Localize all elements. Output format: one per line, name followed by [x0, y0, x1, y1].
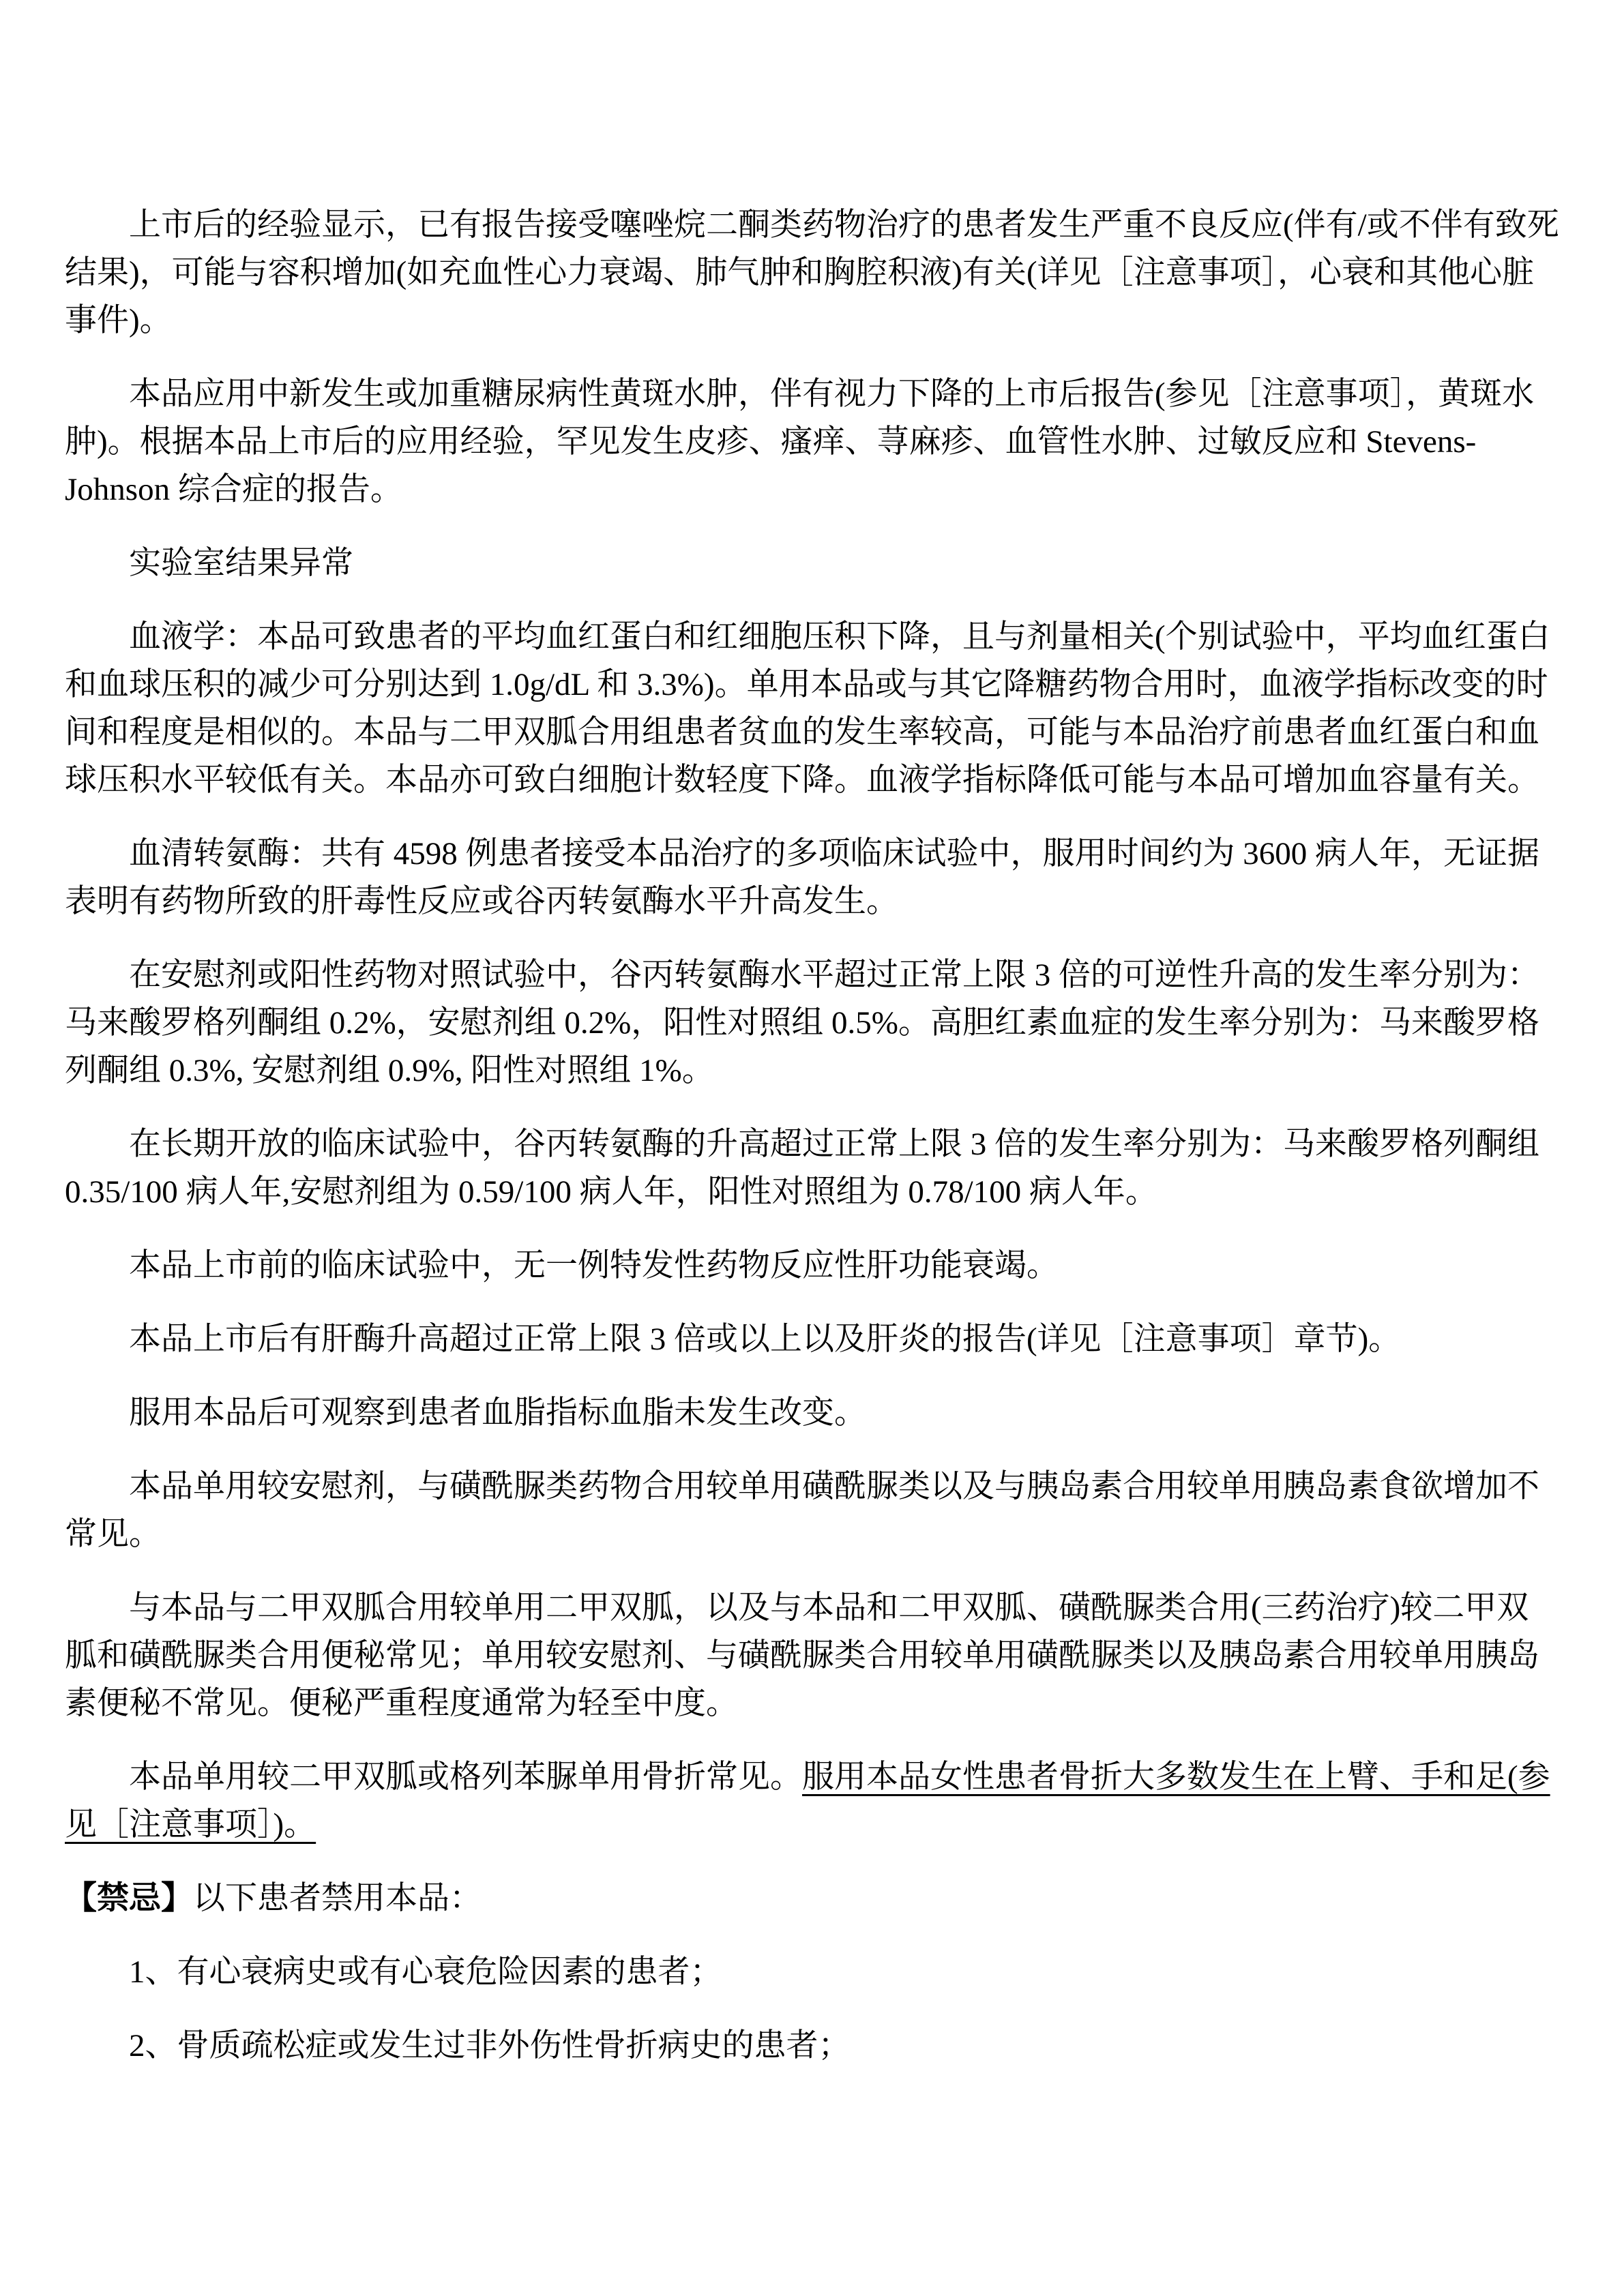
contraindications-label: 【禁忌】 [65, 1881, 193, 1916]
para-fracture: 本品单用较二甲双胍或格列苯脲单用骨折常见。服用本品女性患者骨折大多数发生在上臂、… [65, 1753, 1559, 1849]
para-lipid-indicators: 服用本品后可观察到患者血脂指标血脂未发生改变。 [65, 1389, 1559, 1437]
text-run: 在长期开放的临床试验中，谷丙转氨酶的升高超过正常上限 3 倍的发生率分别为：马来… [65, 1127, 1539, 1210]
text-run: 本品上市后有肝酶升高超过正常上限 3 倍或以上以及肝炎的报告(详见［注意事项］章… [129, 1322, 1400, 1357]
text-run: 本品单用较二甲双胍或格列苯脲单用骨折常见。 [129, 1759, 802, 1795]
para-contraindication-item-1: 1、有心衰病史或有心衰危险因素的患者； [65, 1948, 1559, 1996]
text-run: 血液学：本品可致患者的平均血红蛋白和红细胞压积下降，且与剂量相关(个别试验中，平… [65, 619, 1550, 798]
text-run: 2、骨质疏松症或发生过非外伤性骨折病史的患者； [129, 2028, 851, 2063]
para-macular-edema-reports: 本品应用中新发生或加重糖尿病性黄斑水肿，伴有视力下降的上市后报告(参见［注意事项… [65, 370, 1559, 513]
text-run: 血清转氨酶：共有 4598 例患者接受本品治疗的多项临床试验中，服用时间约为 3… [65, 836, 1539, 919]
text-run: 在安慰剂或阳性药物对照试验中，谷丙转氨酶水平超过正常上限 3 倍的可逆性升高的发… [65, 957, 1539, 1088]
para-open-label-trials-alt: 在长期开放的临床试验中，谷丙转氨酶的升高超过正常上限 3 倍的发生率分别为：马来… [65, 1120, 1559, 1216]
text-run: 以下患者禁用本品： [193, 1881, 482, 1916]
para-postmarket-liver-enzyme: 本品上市后有肝酶升高超过正常上限 3 倍或以上以及肝炎的报告(详见［注意事项］章… [65, 1315, 1559, 1363]
text-run: 本品应用中新发生或加重糖尿病性黄斑水肿，伴有视力下降的上市后报告(参见［注意事项… [65, 376, 1534, 507]
text-run: 与本品与二甲双胍合用较单用二甲双胍，以及与本品和二甲双胍、磺酰脲类合用(三药治疗… [65, 1590, 1539, 1721]
para-contraindications-heading: 【禁忌】以下患者禁用本品： [65, 1875, 1559, 1922]
para-contraindication-item-2: 2、骨质疏松症或发生过非外伤性骨折病史的患者； [65, 2022, 1559, 2070]
para-postmarket-adverse-reactions: 上市后的经验显示，已有报告接受噻唑烷二酮类药物治疗的患者发生严重不良反应(伴有/… [65, 201, 1559, 344]
para-appetite-increase: 本品单用较安慰剂，与磺酰脲类药物合用较单用磺酰脲类以及与胰岛素合用较单用胰岛素食… [65, 1463, 1559, 1558]
para-lab-results-abnormal: 实验室结果异常 [65, 539, 1559, 587]
para-premarket-liver-failure: 本品上市前的临床试验中，无一例特发性药物反应性肝功能衰竭。 [65, 1242, 1559, 1289]
document-content: 上市后的经验显示，已有报告接受噻唑烷二酮类药物治疗的患者发生严重不良反应(伴有/… [0, 0, 1624, 2070]
para-serum-transaminase: 血清转氨酶：共有 4598 例患者接受本品治疗的多项临床试验中，服用时间约为 3… [65, 830, 1559, 925]
text-run: 服用本品后可观察到患者血脂指标血脂未发生改变。 [129, 1395, 866, 1431]
para-controlled-trials-alt: 在安慰剂或阳性药物对照试验中，谷丙转氨酶水平超过正常上限 3 倍的可逆性升高的发… [65, 951, 1559, 1094]
document-page: 上市后的经验显示，已有报告接受噻唑烷二酮类药物治疗的患者发生严重不良反应(伴有/… [0, 0, 1624, 2296]
text-run: 实验室结果异常 [129, 546, 353, 581]
text-run: 1、有心衰病史或有心衰危险因素的患者； [129, 1954, 722, 1990]
text-run: 本品上市前的临床试验中，无一例特发性药物反应性肝功能衰竭。 [129, 1248, 1059, 1283]
text-run: 本品单用较安慰剂，与磺酰脲类药物合用较单用磺酰脲类以及与胰岛素合用较单用胰岛素食… [65, 1469, 1539, 1552]
para-constipation: 与本品与二甲双胍合用较单用二甲双胍，以及与本品和二甲双胍、磺酰脲类合用(三药治疗… [65, 1584, 1559, 1727]
text-run: 上市后的经验显示，已有报告接受噻唑烷二酮类药物治疗的患者发生严重不良反应(伴有/… [65, 207, 1559, 338]
para-hematology: 血液学：本品可致患者的平均血红蛋白和红细胞压积下降，且与剂量相关(个别试验中，平… [65, 613, 1559, 804]
